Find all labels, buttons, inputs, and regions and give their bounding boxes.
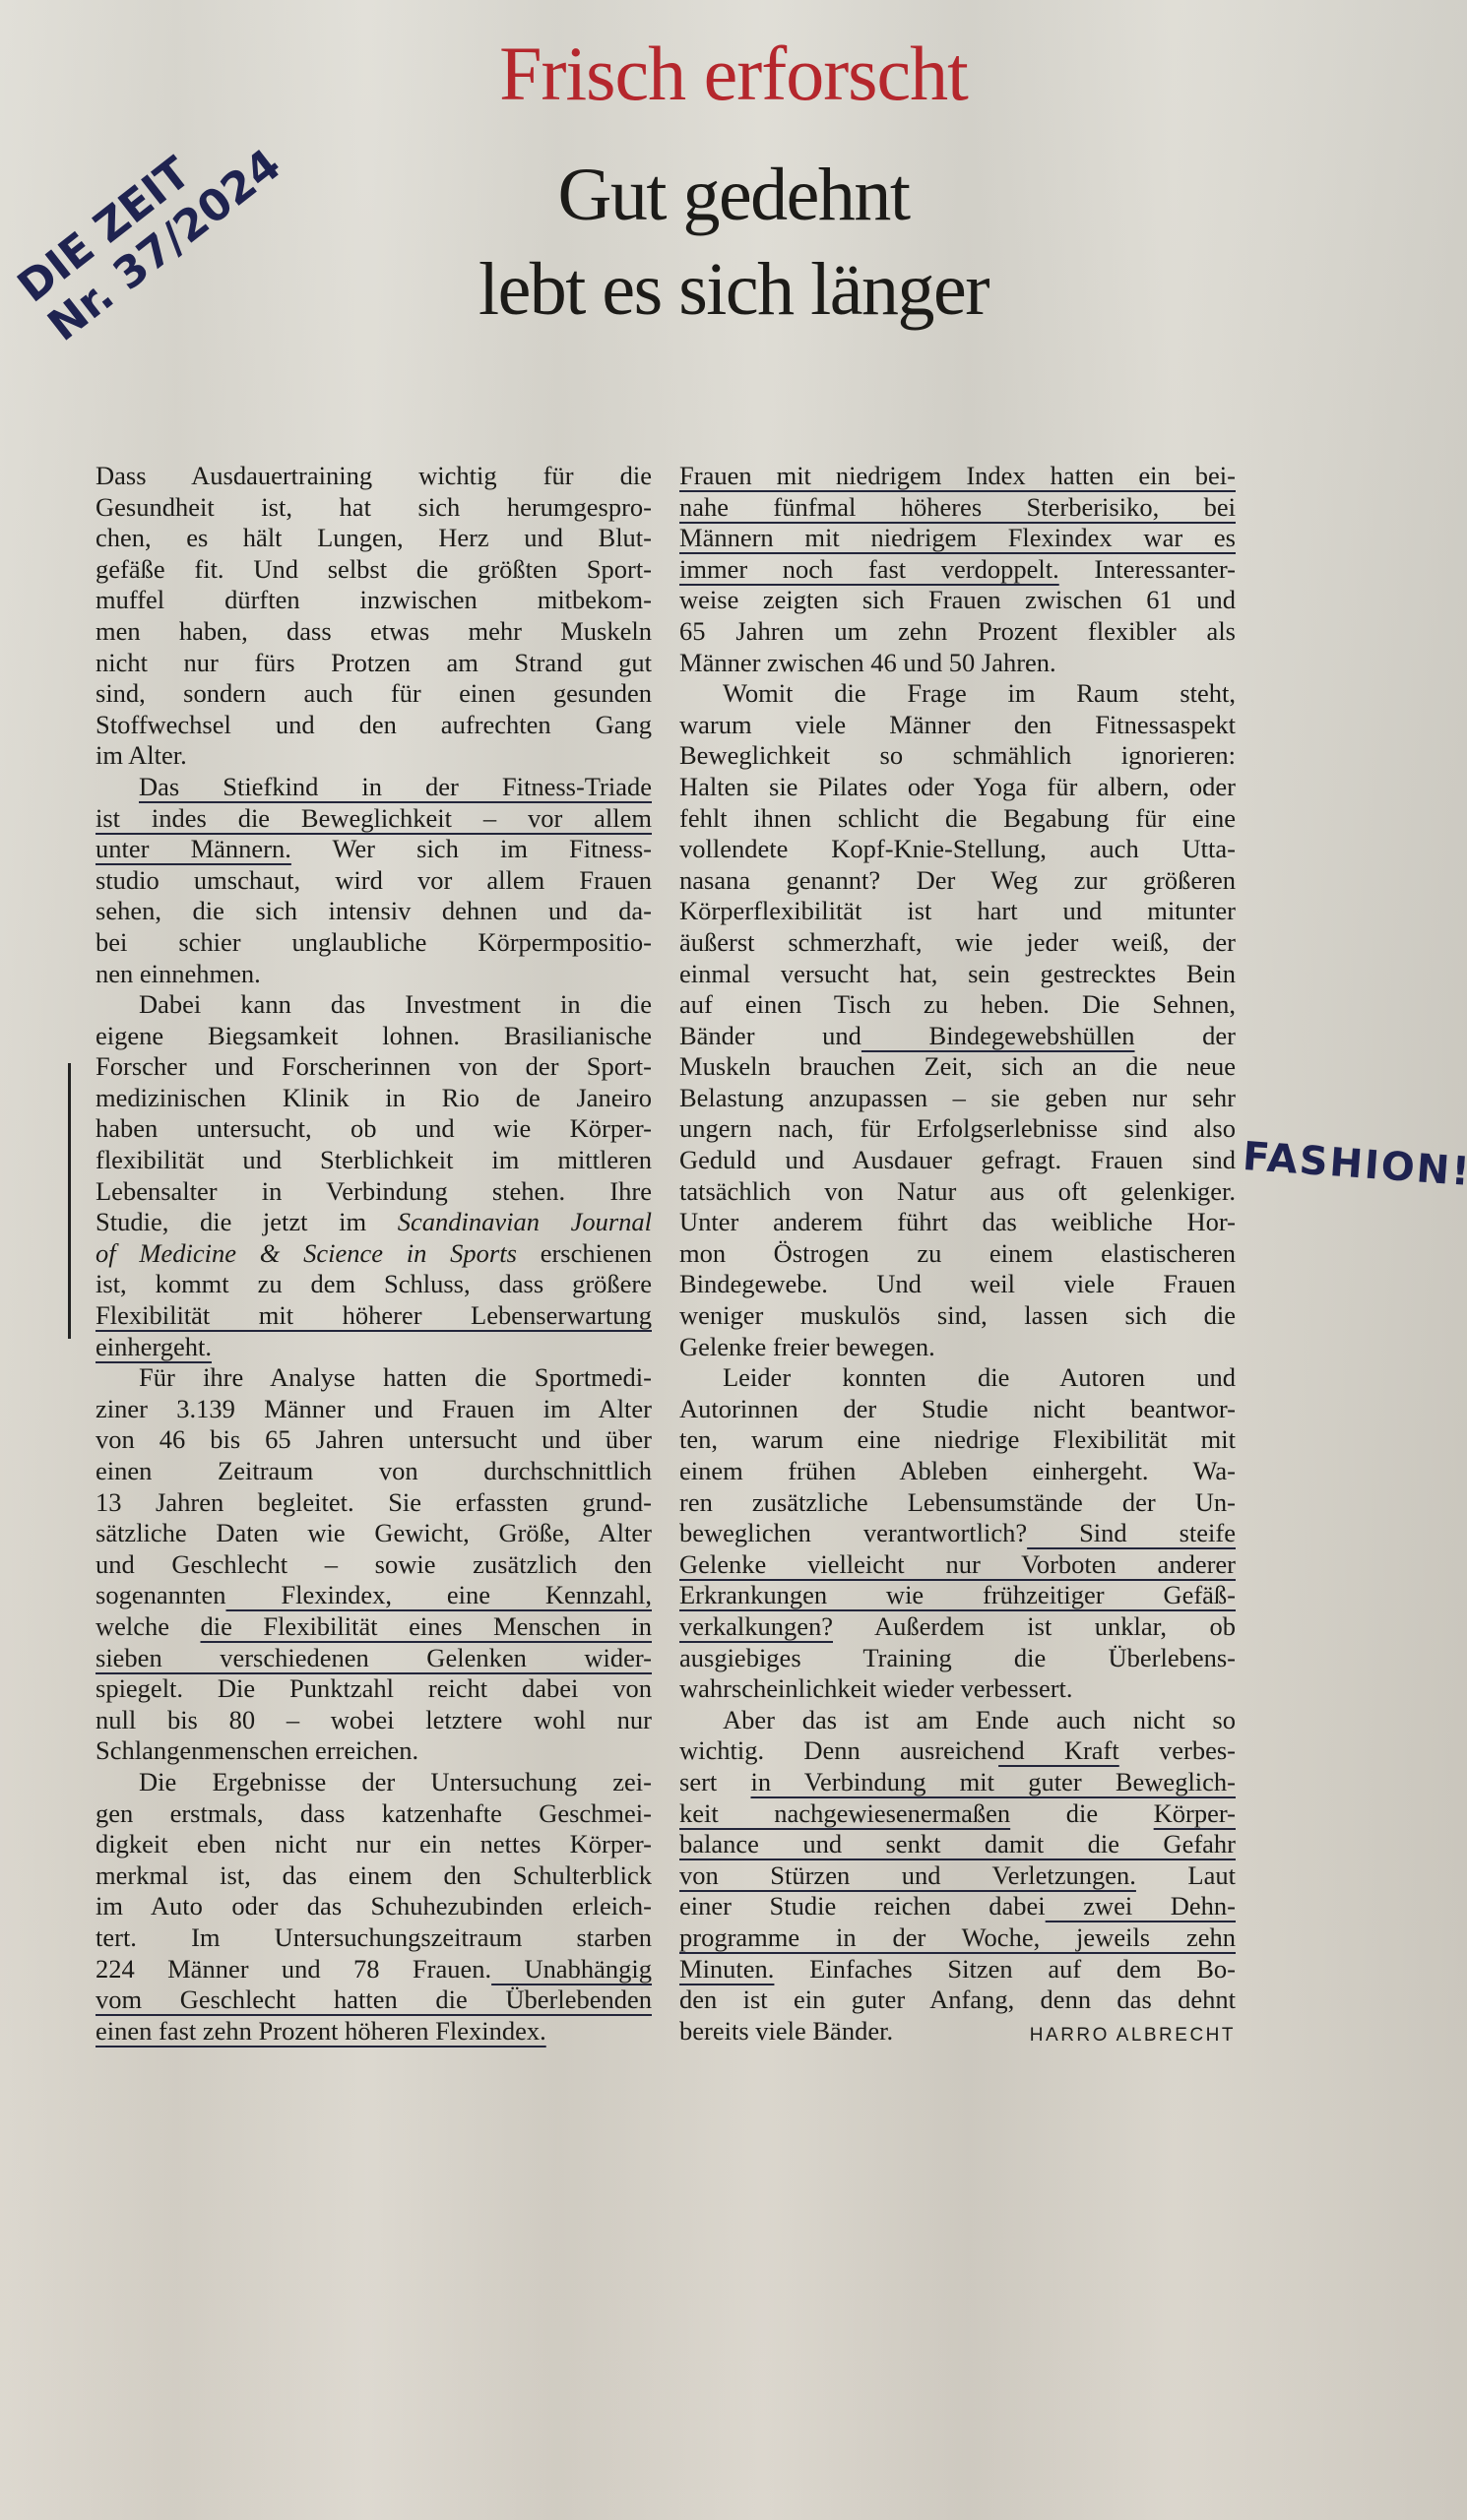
- text-line: sehen, die sich intensiv dehnen und da-: [96, 896, 652, 927]
- text-line: sätzliche Daten wie Gewicht, Größe, Alte…: [96, 1518, 652, 1549]
- text-line: den ist ein guter Anfang, denn das dehnt: [679, 1984, 1236, 2016]
- text-fragment: beweglichen verantwortlich?: [679, 1518, 1027, 1547]
- underlined-text: Männern mit niedrigem Flexindex war es: [679, 523, 1236, 554]
- text-line: ten, warum eine niedrige Flexibilität mi…: [679, 1424, 1236, 1456]
- author-byline: HARRO ALBRECHT: [1030, 2020, 1236, 2051]
- text-line: spiegelt. Die Punktzahl reicht dabei von: [96, 1673, 652, 1705]
- text-line: haben untersucht, ob und wie Körper-: [96, 1113, 652, 1145]
- text-line: Autorinnen der Studie nicht beantwor-: [679, 1394, 1236, 1425]
- text-line: studio umschaut, wird vor allem Frauen: [96, 865, 652, 897]
- text-line: digkeit eben nicht nur ein nettes Körper…: [96, 1829, 652, 1860]
- text-line: auf einen Tisch zu heben. Die Sehnen,: [679, 989, 1236, 1021]
- text-fragment: Laut: [1136, 1860, 1236, 1890]
- text-line: chen, es hält Lungen, Herz und Blut-: [96, 523, 652, 554]
- text-line: ren zusätzliche Lebensumstände der Un-: [679, 1487, 1236, 1519]
- text-fragment: Einfaches Sitzen auf dem Bo-: [774, 1954, 1236, 1984]
- text-line: Körperflexibilität ist hart und mitunter: [679, 896, 1236, 927]
- text-line: sind, sondern auch für einen gesunden: [96, 678, 652, 710]
- text-fragment: bereits viele Bänder.: [679, 2016, 893, 2046]
- text-line: Womit die Frage im Raum steht,: [679, 678, 1236, 710]
- text-line: Aber das ist am Ende auch nicht so: [679, 1705, 1236, 1736]
- text-fragment: Bänder und: [679, 1021, 861, 1050]
- underlined-text: ist indes die Beweglichkeit – vor allem: [96, 803, 652, 835]
- text-line: verkalkungen? Außerdem ist unklar, ob: [679, 1611, 1236, 1643]
- text-line: medizinischen Klinik in Rio de Janeiro: [96, 1083, 652, 1114]
- text-line: Studie, die jetzt im Scandinavian Journa…: [96, 1207, 652, 1238]
- text-line: Dabei kann das Investment in die: [96, 989, 652, 1021]
- text-line: ungern nach, für Erfolgserlebnisse sind …: [679, 1113, 1236, 1145]
- underlined-text: keit nachgewiesenermaßen: [679, 1798, 1010, 1828]
- text-line: merkmal ist, das einem den Schulterblick: [96, 1860, 652, 1892]
- text-line: äußerst schmerzhaft, wie jeder weiß, der: [679, 927, 1236, 959]
- text-line: immer noch fast verdoppelt. Interessante…: [679, 554, 1236, 586]
- underlined-text: sieben verschiedenen Gelenken wider-: [96, 1643, 652, 1674]
- paragraph-4: Für ihre Analyse hatten die Sportmedi- z…: [96, 1362, 652, 1767]
- text-line: flexibilität und Sterblichkeit im mittle…: [96, 1145, 652, 1176]
- text-line: eigene Biegsamkeit lohnen. Brasilianisch…: [96, 1021, 652, 1052]
- paragraph-1: Dass Ausdauertraining wichtig für die Ge…: [96, 461, 652, 772]
- underlined-text: Flexindex, eine Kennzahl,: [225, 1580, 652, 1609]
- paragraph-6: Frauen mit niedrigem Index hatten ein be…: [679, 461, 1236, 678]
- text-fragment: Studie, die jetzt im: [96, 1207, 398, 1236]
- text-line: fehlt ihnen schlicht die Begabung für ei…: [679, 803, 1236, 835]
- underlined-text: Flexibilität mit höherer Lebenserwartung: [96, 1300, 652, 1332]
- text-line: muffel dürften inzwischen mitbekom-: [96, 585, 652, 616]
- underlined-text: vom Geschlecht hatten die Überlebenden: [96, 1984, 652, 2016]
- underlined-text: Unabhängig: [491, 1954, 652, 1984]
- text-line: 13 Jahren begleitet. Sie erfassten grund…: [96, 1487, 652, 1519]
- paragraph-7: Womit die Frage im Raum steht, warum vie…: [679, 678, 1236, 1362]
- text-line: tatsächlich von Natur aus oft gelenkiger…: [679, 1176, 1236, 1208]
- underlined-text: unter Männern.: [96, 834, 291, 863]
- text-line: von Stürzen und Verletzungen. Laut: [679, 1860, 1236, 1892]
- underlined-text: einen fast zehn Prozent höheren Flexinde…: [96, 2016, 652, 2047]
- text-line: bereits viele Bänder.HARRO ALBRECHT: [679, 2016, 1236, 2047]
- underlined-text: Körper-: [1154, 1798, 1236, 1828]
- section-kicker: Frisch erforscht: [0, 30, 1467, 118]
- text-line: einmal versucht hat, sein gestrecktes Be…: [679, 959, 1236, 990]
- text-line: welche die Flexibilität eines Menschen i…: [96, 1611, 652, 1643]
- text-line: of Medicine & Science in Sports erschien…: [96, 1238, 652, 1270]
- text-line: null bis 80 – wobei letztere wohl nur: [96, 1705, 652, 1736]
- text-fragment: welche: [96, 1611, 201, 1641]
- text-line: ziner 3.139 Männer und Frauen im Alter: [96, 1394, 652, 1425]
- text-line: wahrscheinlichkeit wieder verbessert.: [679, 1673, 1236, 1705]
- text-line: tert. Im Untersuchungszeitraum starben: [96, 1922, 652, 1954]
- text-line: einer Studie reichen dabei zwei Dehn-: [679, 1891, 1236, 1922]
- text-line: Bänder und Bindegewebshüllen der: [679, 1021, 1236, 1052]
- text-line: weniger muskulös sind, lassen sich die: [679, 1300, 1236, 1332]
- underlined-text: Bindegewebshüllen: [861, 1021, 1135, 1050]
- text-line: einem frühen Ableben einhergeht. Wa-: [679, 1456, 1236, 1487]
- text-fragment: erschienen: [517, 1238, 652, 1268]
- margin-mark-line: [68, 1063, 71, 1339]
- text-fragment: verbes-: [1119, 1735, 1236, 1765]
- underlined-text: Das Stiefkind in der Fitness-Triade: [96, 772, 652, 803]
- article-column-left: Dass Ausdauertraining wichtig für die Ge…: [96, 461, 652, 2047]
- text-line: im Alter.: [96, 740, 652, 772]
- text-line: 224 Männer und 78 Frauen. Unabhängig: [96, 1954, 652, 1985]
- underlined-text: nd Kraft: [998, 1735, 1119, 1765]
- text-line: Dass Ausdauertraining wichtig für die: [96, 461, 652, 492]
- underlined-text: nahe fünfmal höheres Sterberisiko, bei: [679, 492, 1236, 524]
- text-fragment: 224 Männer und 78 Frauen.: [96, 1954, 491, 1984]
- text-line: weise zeigten sich Frauen zwischen 61 un…: [679, 585, 1236, 616]
- text-fragment: Außerdem ist unklar, ob: [833, 1611, 1236, 1641]
- text-fragment: einer Studie reichen dabei: [679, 1891, 1046, 1921]
- text-line: Lebensalter in Verbindung stehen. Ihre: [96, 1176, 652, 1208]
- text-fragment: die: [1010, 1798, 1154, 1828]
- text-line: gefäße fit. Und selbst die größten Sport…: [96, 554, 652, 586]
- text-line: Geduld und Ausdauer gefragt. Frauen sind: [679, 1145, 1236, 1176]
- text-fragment: sogenannten: [96, 1580, 225, 1609]
- text-line: 65 Jahren um zehn Prozent flexibler als: [679, 616, 1236, 648]
- text-fragment: Interessanter-: [1059, 554, 1236, 584]
- text-line: Gesundheit ist, hat sich herumgespro-: [96, 492, 652, 524]
- text-line: Schlangenmenschen erreichen.: [96, 1735, 652, 1767]
- text-fragment: sert: [679, 1767, 750, 1796]
- underlined-text: Gelenke vielleicht nur Vorboten anderer: [679, 1549, 1236, 1581]
- text-fragment: Wer sich im Fitness-: [291, 834, 652, 863]
- text-line: Männer zwischen 46 und 50 Jahren.: [679, 648, 1236, 679]
- text-line: ausgiebiges Training die Überlebens-: [679, 1643, 1236, 1674]
- text-line: im Auto oder das Schuhezubinden erleich-: [96, 1891, 652, 1922]
- text-line: von 46 bis 65 Jahren untersucht und über: [96, 1424, 652, 1456]
- text-line: unter Männern. Wer sich im Fitness-: [96, 834, 652, 865]
- text-line: bei schier unglaubliche Körpermpositio-: [96, 927, 652, 959]
- journal-title: of Medicine & Science in Sports: [96, 1238, 517, 1268]
- text-line: sert in Verbindung mit guter Beweglich-: [679, 1767, 1236, 1798]
- underlined-text: Frauen mit niedrigem Index hatten ein be…: [679, 461, 1236, 492]
- text-line: ist, kommt zu dem Schluss, dass größere: [96, 1269, 652, 1300]
- text-line: men haben, dass etwas mehr Muskeln: [96, 616, 652, 648]
- text-fragment: wichtig. Denn ausreiche: [679, 1735, 998, 1765]
- underlined-text: programme in der Woche, jeweils zehn: [679, 1922, 1236, 1954]
- text-line: Bindegewebe. Und weil viele Frauen: [679, 1269, 1236, 1300]
- article-column-right: Frauen mit niedrigem Index hatten ein be…: [679, 461, 1236, 2050]
- underlined-text: von Stürzen und Verletzungen.: [679, 1860, 1136, 1890]
- text-line: Forscher und Forscherinnen von der Sport…: [96, 1051, 652, 1083]
- text-line: sogenannten Flexindex, eine Kennzahl,: [96, 1580, 652, 1611]
- headline-line-2: lebt es sich länger: [0, 242, 1467, 337]
- paragraph-9: Aber das ist am Ende auch nicht so wicht…: [679, 1705, 1236, 2047]
- text-line: gen erstmals, dass katzenhafte Geschmei-: [96, 1798, 652, 1830]
- text-line: warum viele Männer den Fitnessaspekt: [679, 710, 1236, 741]
- text-line: nen einnehmen.: [96, 959, 652, 990]
- text-line: mon Östrogen zu einem elastischeren: [679, 1238, 1236, 1270]
- text-line: Unter anderem führt das weibliche Hor-: [679, 1207, 1236, 1238]
- text-line: Belastung anzupassen – sie geben nur seh…: [679, 1083, 1236, 1114]
- underlined-text: zwei Dehn-: [1046, 1891, 1236, 1921]
- paragraph-2: Das Stiefkind in der Fitness-Triade ist …: [96, 772, 652, 989]
- text-line: Minuten. Einfaches Sitzen auf dem Bo-: [679, 1954, 1236, 1985]
- text-line: vollendete Kopf-Knie-Stellung, auch Utta…: [679, 834, 1236, 865]
- text-line: und Geschlecht – sowie zusätzlich den: [96, 1549, 652, 1581]
- paragraph-3: Dabei kann das Investment in die eigene …: [96, 989, 652, 1362]
- underlined-text: Erkrankungen wie frühzeitiger Gefäß-: [679, 1580, 1236, 1611]
- underlined-text: einhergeht.: [96, 1332, 652, 1363]
- text-line: wichtig. Denn ausreichend Kraft verbes-: [679, 1735, 1236, 1767]
- text-line: einen Zeitraum von durchschnittlich: [96, 1456, 652, 1487]
- text-line: nasana genannt? Der Weg zur größeren: [679, 865, 1236, 897]
- text-line: Gelenke freier bewegen.: [679, 1332, 1236, 1363]
- text-line: nicht nur fürs Protzen am Strand gut: [96, 648, 652, 679]
- underlined-text: in Verbindung mit guter Beweglich-: [750, 1767, 1236, 1796]
- underlined-text: die Flexibilität eines Menschen in: [201, 1611, 653, 1641]
- text-line: Halten sie Pilates oder Yoga für albern,…: [679, 772, 1236, 803]
- text-line: Die Ergebnisse der Untersuchung zei-: [96, 1767, 652, 1798]
- underlined-text: immer noch fast verdoppelt.: [679, 554, 1059, 584]
- text-line: Stoffwechsel und den aufrechten Gang: [96, 710, 652, 741]
- underlined-text: Sind steife: [1027, 1518, 1236, 1547]
- underlined-text: Minuten.: [679, 1954, 774, 1984]
- underlined-text: balance und senkt damit die Gefahr: [679, 1829, 1236, 1860]
- paragraph-8: Leider konnten die Autoren und Autorinne…: [679, 1362, 1236, 1705]
- text-line: beweglichen verantwortlich? Sind steife: [679, 1518, 1236, 1549]
- paragraph-5: Die Ergebnisse der Untersuchung zei- gen…: [96, 1767, 652, 2047]
- underlined-text: verkalkungen?: [679, 1611, 833, 1641]
- text-line: Leider konnten die Autoren und: [679, 1362, 1236, 1394]
- text-line: Muskeln brauchen Zeit, sich an die neue: [679, 1051, 1236, 1083]
- journal-title: Scandinavian Journal: [398, 1207, 652, 1236]
- text-line: keit nachgewiesenermaßen die Körper-: [679, 1798, 1236, 1830]
- text-fragment: der: [1135, 1021, 1236, 1050]
- text-line: Beweglichkeit so schmählich ignorieren:: [679, 740, 1236, 772]
- text-line: Für ihre Analyse hatten die Sportmedi-: [96, 1362, 652, 1394]
